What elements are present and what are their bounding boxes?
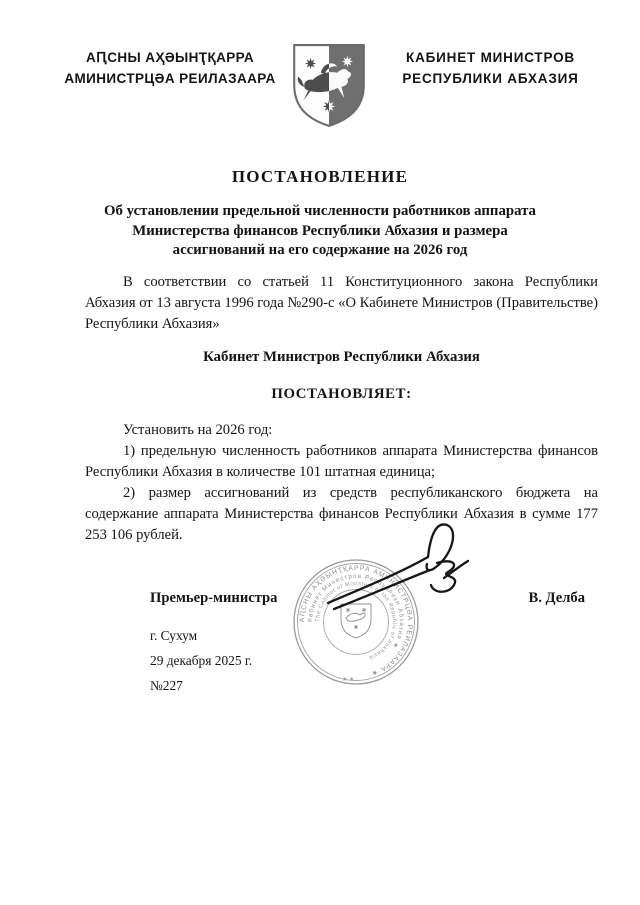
document-type-title: ПОСТАНОВЛЕНИЕ: [0, 167, 640, 187]
org-name-abkhaz-line1: АԤСНЫ АҲӘЫНҬҚАРРА: [50, 48, 290, 69]
clause-intro: Установить на 2026 год:: [85, 420, 598, 441]
org-name-russian-line1: КАБИНЕТ МИНИСТРОВ: [368, 48, 613, 69]
document-city: г. Сухум: [150, 628, 640, 644]
document-subject: Об установлении предельной численности р…: [0, 202, 640, 261]
authority-line: Кабинет Министров Республики Абхазия: [85, 349, 598, 366]
signer-post-label: Премьер-министра: [150, 590, 277, 607]
document-date: 29 декабря 2025 г.: [150, 653, 640, 669]
org-name-russian-line2: РЕСПУБЛИКИ АБХАЗИЯ: [368, 69, 613, 90]
clause-1: 1) предельную численность работников апп…: [85, 441, 598, 483]
signature-row: Премьер-министра В. Делба: [150, 590, 585, 607]
document-number: №227: [150, 678, 640, 694]
abkhazia-coat-of-arms-icon: [290, 42, 368, 135]
document-body: В соответствии со статьей 11 Конституцио…: [85, 272, 598, 546]
date-block: г. Сухум 29 декабря 2025 г. №227: [150, 628, 640, 694]
org-name-russian: КАБИНЕТ МИНИСТРОВ РЕСПУБЛИКИ АБХАЗИЯ: [368, 42, 613, 90]
document-subject-line1: Об установлении предельной численности р…: [0, 202, 640, 222]
decree-document-page: АԤСНЫ АҲӘЫНҬҚАРРА АМИНИСТРЦӘА РЕИЛАЗААРА: [0, 0, 640, 905]
document-subject-line2: Министерства финансов Республики Абхазия…: [0, 222, 640, 242]
document-subject-line3: ассигнований на его содержание на 2026 г…: [0, 241, 640, 261]
letterhead: АԤСНЫ АҲӘЫНҬҚАРРА АМИНИСТРЦӘА РЕИЛАЗААРА: [0, 0, 640, 135]
preamble-paragraph: В соответствии со статьей 11 Конституцио…: [85, 272, 598, 335]
clause-2: 2) размер ассигнований из средств респуб…: [85, 483, 598, 546]
org-name-abkhaz-line2: АМИНИСТРЦӘА РЕИЛАЗААРА: [50, 69, 290, 90]
resolution-word: ПОСТАНОВЛЯЕТ:: [85, 386, 598, 403]
resolution-clauses: Установить на 2026 год: 1) предельную чи…: [85, 420, 598, 546]
org-name-abkhaz: АԤСНЫ АҲӘЫНҬҚАРРА АМИНИСТРЦӘА РЕИЛАЗААРА: [50, 42, 290, 90]
signer-name: В. Делба: [528, 590, 585, 607]
